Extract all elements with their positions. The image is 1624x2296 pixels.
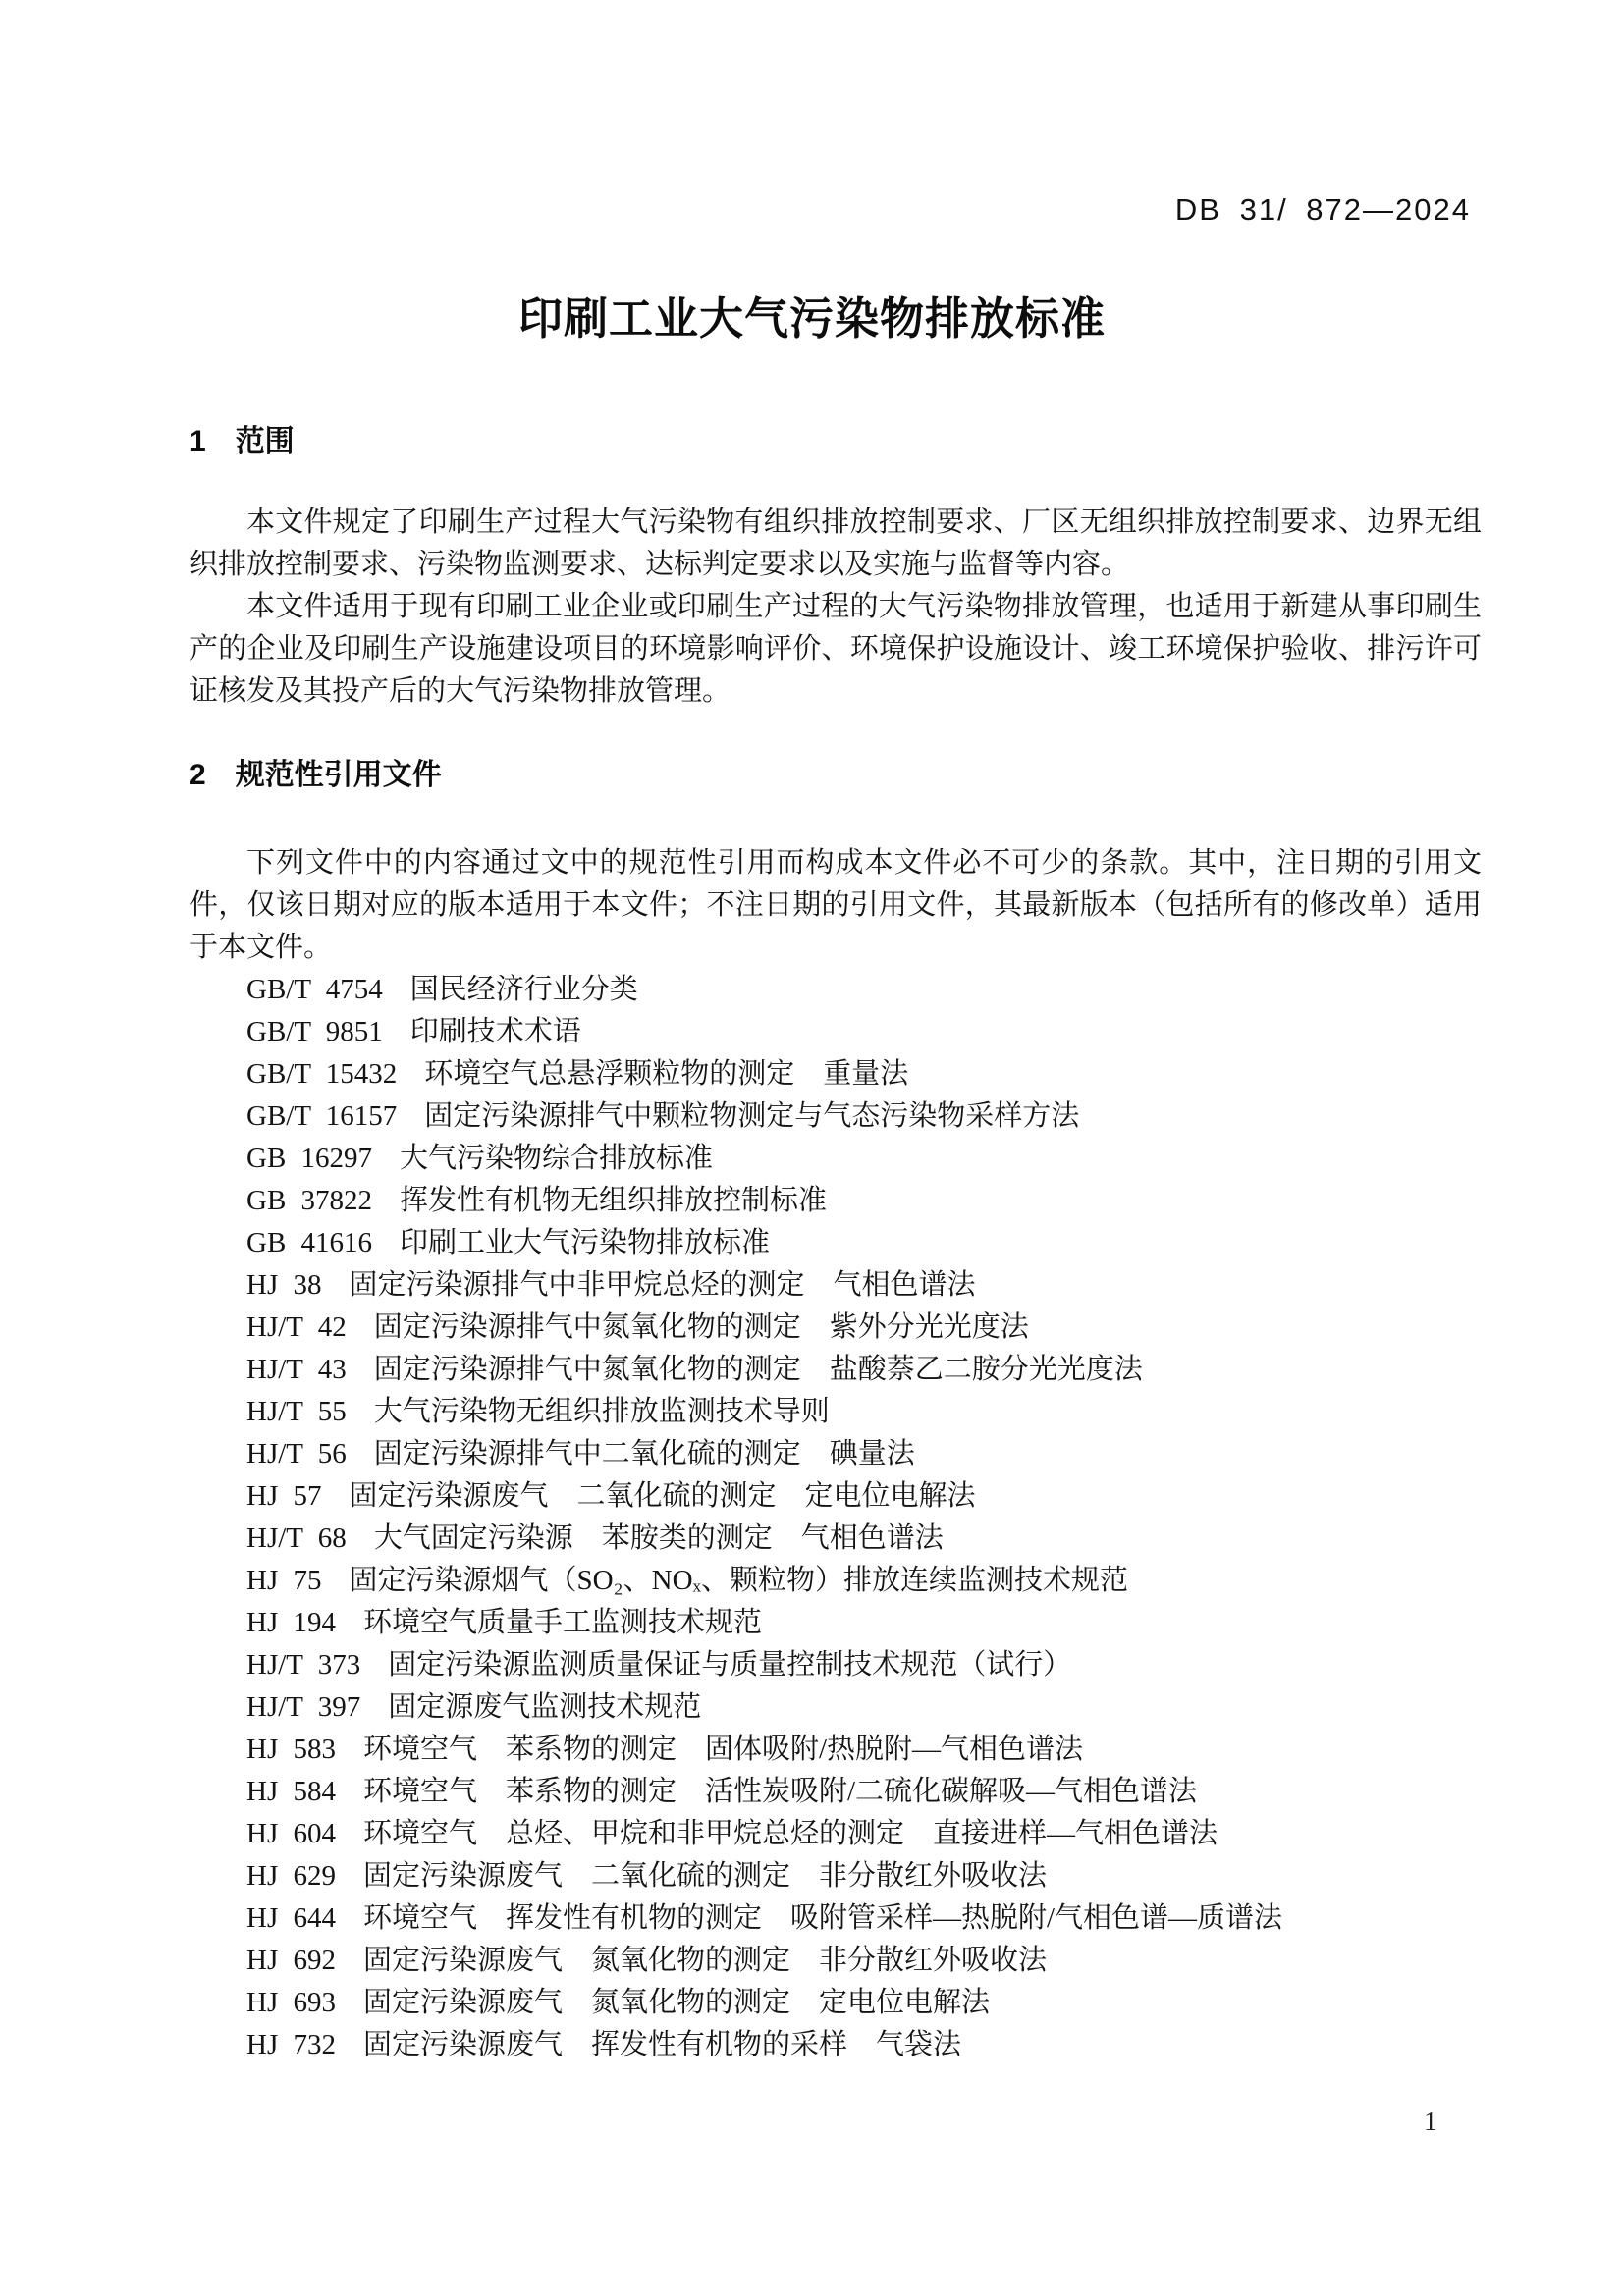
reference-code: HJ 692	[246, 1945, 336, 1976]
reference-item: HJ 604环境空气 总烃、甲烷和非甲烷总烃的测定 直接进样—气相色谱法	[246, 1813, 1482, 1855]
reference-title: 环境空气 挥发性有机物的测定 吸附管采样—热脱附/气相色谱—质谱法	[363, 1902, 1282, 1934]
section-2-number: 2	[189, 754, 206, 796]
document-page: DB 31/ 872—2024 印刷工业大气污染物排放标准 1范围 本文件规定了…	[0, 0, 1624, 2296]
reference-code: GB/T 4754	[246, 974, 383, 1005]
reference-code: GB/T 9851	[246, 1016, 383, 1047]
reference-item: HJ 38固定污染源排气中非甲烷总烃的测定 气相色谱法	[246, 1264, 1482, 1307]
section-1-paragraph-1: 本文件规定了印刷生产过程大气污染物有组织排放控制要求、厂区无组织排放控制要求、边…	[189, 502, 1482, 586]
reference-code: HJ/T 56	[246, 1438, 347, 1469]
reference-title: 固定污染源排气中氮氧化物的测定 紫外分光光度法	[374, 1311, 1029, 1343]
reference-title: 固定污染源废气 二氧化硫的测定 非分散红外吸收法	[363, 1860, 1047, 1892]
reference-title: 固定污染源排气中颗粒物测定与气态污染物采样方法	[424, 1100, 1079, 1132]
reference-title: 固定污染源废气 氮氧化物的测定 非分散红外吸收法	[363, 1945, 1047, 1976]
section-2-paragraph-1: 下列文件中的内容通过文中的规范性引用而构成本文件必不可少的条款。其中，注日期的引…	[189, 842, 1482, 969]
reference-item: HJ 644环境空气 挥发性有机物的测定 吸附管采样—热脱附/气相色谱—质谱法	[246, 1897, 1482, 1940]
reference-item: HJ/T 68大气固定污染源 苯胺类的测定 气相色谱法	[246, 1518, 1482, 1560]
section-1-number: 1	[189, 420, 206, 462]
reference-item: HJ/T 56固定污染源排气中二氧化硫的测定 碘量法	[246, 1433, 1482, 1475]
reference-code: HJ 38	[246, 1269, 321, 1301]
reference-title: 大气固定污染源 苯胺类的测定 气相色谱法	[374, 1522, 944, 1554]
reference-title: 环境空气 苯系物的测定 固体吸附/热脱附—气相色谱法	[363, 1734, 1083, 1765]
reference-title: 固定源废气监测技术规范	[388, 1691, 701, 1723]
reference-item: HJ/T 42固定污染源排气中氮氧化物的测定 紫外分光光度法	[246, 1307, 1482, 1349]
reference-list: GB/T 4754国民经济行业分类 GB/T 9851印刷技术术语 GB/T 1…	[189, 969, 1482, 2066]
reference-item: HJ 732固定污染源废气 挥发性有机物的采样 气袋法	[246, 2024, 1482, 2066]
reference-code: GB 41616	[246, 1227, 372, 1258]
reference-title: 固定污染源废气 二氧化硫的测定 定电位电解法	[349, 1480, 975, 1512]
reference-title: 大气污染物综合排放标准	[400, 1143, 713, 1174]
reference-item: HJ 75固定污染源烟气（SO₂、NOₓ、颗粒物）排放连续监测技术规范	[246, 1560, 1482, 1602]
document-body: 1范围 本文件规定了印刷生产过程大气污染物有组织排放控制要求、厂区无组织排放控制…	[189, 420, 1482, 2066]
reference-code: GB 37822	[246, 1185, 372, 1216]
reference-item: HJ 629固定污染源废气 二氧化硫的测定 非分散红外吸收法	[246, 1855, 1482, 1897]
reference-item: GB/T 16157固定污染源排气中颗粒物测定与气态污染物采样方法	[246, 1095, 1482, 1138]
reference-code: HJ/T 397	[246, 1691, 360, 1723]
reference-title: 印刷工业大气污染物排放标准	[400, 1227, 770, 1258]
reference-title: 环境空气质量手工监测技术规范	[363, 1607, 762, 1638]
section-2-title: 规范性引用文件	[236, 759, 442, 791]
reference-title: 环境空气 总烃、甲烷和非甲烷总烃的测定 直接进样—气相色谱法	[363, 1818, 1218, 1849]
reference-item: GB/T 4754国民经济行业分类	[246, 969, 1482, 1011]
reference-item: HJ 692固定污染源废气 氮氧化物的测定 非分散红外吸收法	[246, 1940, 1482, 1982]
reference-code: HJ 604	[246, 1818, 336, 1849]
reference-item: HJ 693固定污染源废气 氮氧化物的测定 定电位电解法	[246, 1982, 1482, 2024]
reference-title: 固定污染源废气 氮氧化物的测定 定电位电解法	[363, 1987, 990, 2018]
reference-item: HJ/T 43固定污染源排气中氮氧化物的测定 盐酸萘乙二胺分光光度法	[246, 1349, 1482, 1391]
reference-item: HJ/T 373固定污染源监测质量保证与质量控制技术规范（试行）	[246, 1644, 1482, 1686]
section-1-paragraph-2: 本文件适用于现有印刷工业企业或印刷生产过程的大气污染物排放管理，也适用于新建从事…	[189, 586, 1482, 713]
reference-item: GB 16297大气污染物综合排放标准	[246, 1138, 1482, 1180]
reference-item: HJ 57固定污染源废气 二氧化硫的测定 定电位电解法	[246, 1475, 1482, 1518]
reference-code: HJ 629	[246, 1860, 336, 1892]
reference-code: HJ 583	[246, 1734, 336, 1765]
reference-title: 挥发性有机物无组织排放控制标准	[400, 1185, 827, 1216]
reference-title: 国民经济行业分类	[410, 974, 638, 1005]
section-2-heading: 2规范性引用文件	[189, 754, 1482, 796]
reference-title: 固定污染源排气中氮氧化物的测定 盐酸萘乙二胺分光光度法	[374, 1354, 1143, 1385]
reference-item: GB 37822挥发性有机物无组织排放控制标准	[246, 1180, 1482, 1222]
reference-item: HJ/T 55大气污染物无组织排放监测技术导则	[246, 1391, 1482, 1433]
reference-title: 环境空气总悬浮颗粒物的测定 重量法	[424, 1058, 908, 1090]
reference-title: 固定污染源烟气（SO₂、NOₓ、颗粒物）排放连续监测技术规范	[349, 1565, 1127, 1596]
reference-code: GB/T 15432	[246, 1058, 397, 1090]
reference-title: 固定污染源排气中二氧化硫的测定 碘量法	[374, 1438, 915, 1469]
reference-item: GB/T 15432环境空气总悬浮颗粒物的测定 重量法	[246, 1053, 1482, 1095]
reference-code: HJ 75	[246, 1565, 321, 1596]
reference-title: 大气污染物无组织排放监测技术导则	[374, 1396, 830, 1427]
reference-title: 印刷技术术语	[410, 1016, 581, 1047]
reference-code: HJ/T 55	[246, 1396, 347, 1427]
reference-title: 固定污染源监测质量保证与质量控制技术规范（试行）	[388, 1649, 1071, 1681]
reference-item: GB 41616印刷工业大气污染物排放标准	[246, 1222, 1482, 1264]
reference-code: HJ 57	[246, 1480, 321, 1512]
reference-code: HJ 194	[246, 1607, 336, 1638]
reference-title: 环境空气 苯系物的测定 活性炭吸附/二硫化碳解吸—气相色谱法	[363, 1776, 1197, 1807]
reference-code: HJ 732	[246, 2029, 336, 2060]
reference-code: HJ/T 68	[246, 1522, 347, 1554]
reference-code: HJ 644	[246, 1902, 336, 1934]
page-title: 印刷工业大气污染物排放标准	[0, 283, 1624, 347]
reference-code: HJ/T 42	[246, 1311, 347, 1343]
reference-title: 固定污染源废气 挥发性有机物的采样 气袋法	[363, 2029, 961, 2060]
reference-item: GB/T 9851印刷技术术语	[246, 1011, 1482, 1053]
reference-item: HJ 583环境空气 苯系物的测定 固体吸附/热脱附—气相色谱法	[246, 1729, 1482, 1771]
reference-code: HJ 693	[246, 1987, 336, 2018]
reference-item: HJ 194环境空气质量手工监测技术规范	[246, 1602, 1482, 1644]
reference-item: HJ 584环境空气 苯系物的测定 活性炭吸附/二硫化碳解吸—气相色谱法	[246, 1771, 1482, 1813]
reference-code: GB/T 16157	[246, 1100, 397, 1132]
reference-code: HJ 584	[246, 1776, 336, 1807]
page-number: 1	[1424, 2107, 1437, 2137]
section-1-title: 范围	[236, 425, 295, 457]
reference-item: HJ/T 397固定源废气监测技术规范	[246, 1686, 1482, 1729]
reference-title: 固定污染源排气中非甲烷总烃的测定 气相色谱法	[349, 1269, 975, 1301]
section-1-heading: 1范围	[189, 420, 1482, 462]
doc-number: DB 31/ 872—2024	[1175, 192, 1471, 228]
reference-code: GB 16297	[246, 1143, 372, 1174]
reference-code: HJ/T 43	[246, 1354, 347, 1385]
reference-code: HJ/T 373	[246, 1649, 360, 1681]
